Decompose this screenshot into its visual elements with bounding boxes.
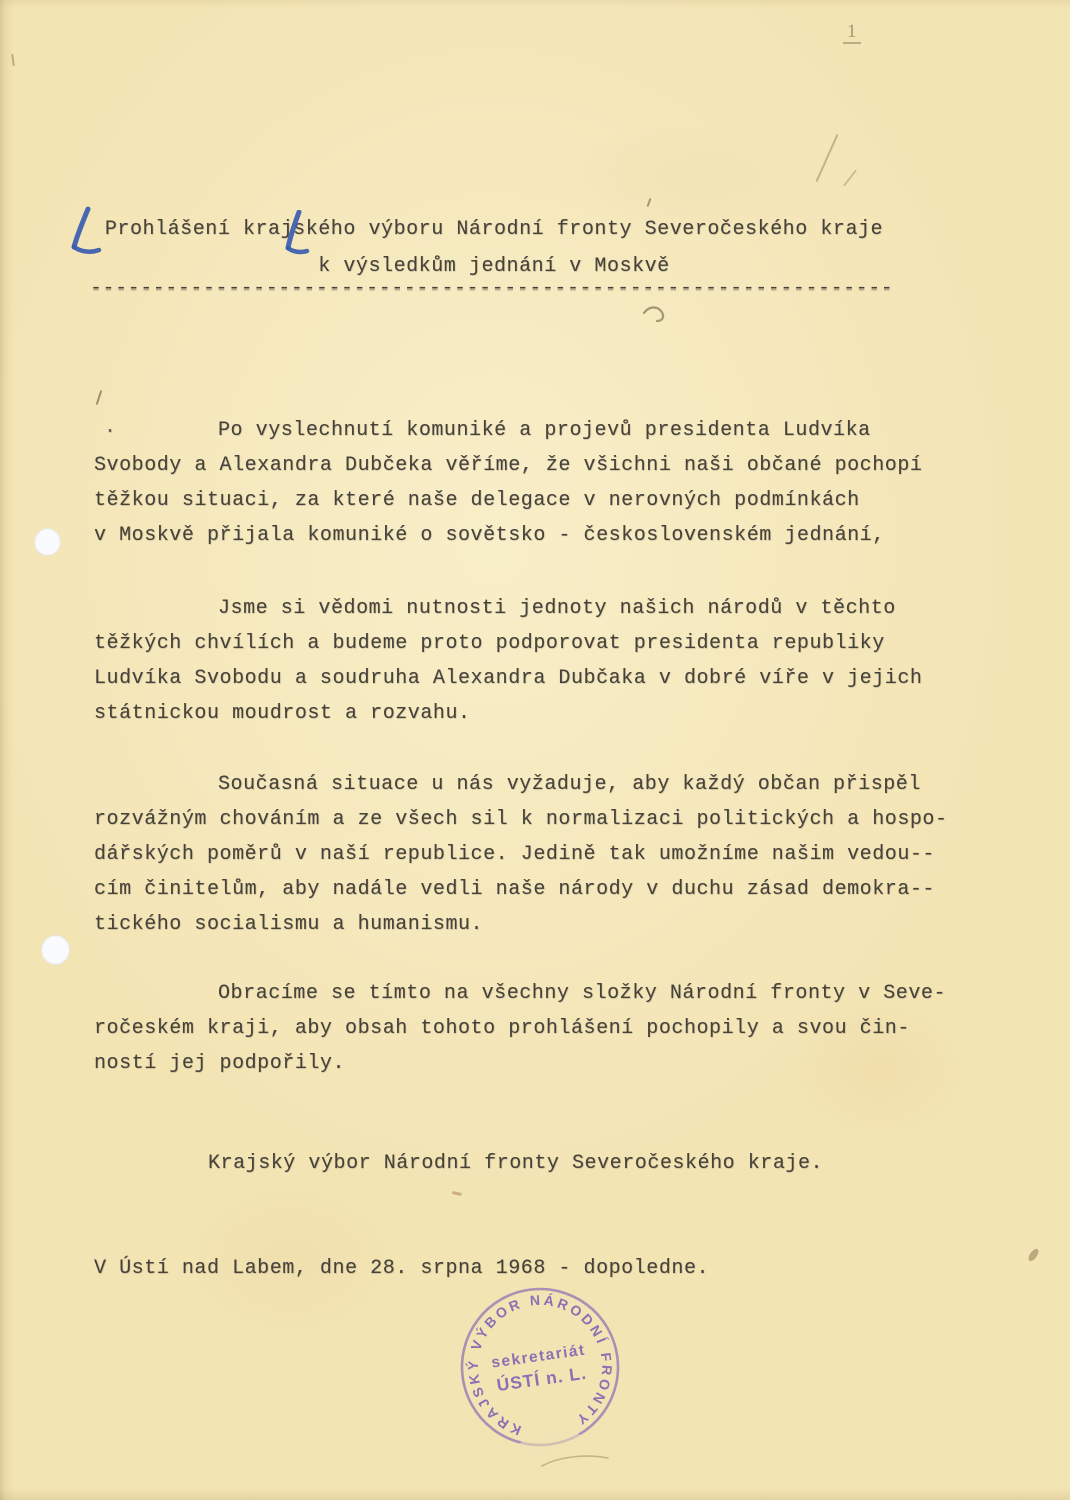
text-line: těžkou situaci, za které naše delegace v… bbox=[94, 483, 994, 518]
paper-speck bbox=[452, 1191, 462, 1196]
scanned-document-page: Prohlášení krajského výboru Národní fron… bbox=[0, 0, 1070, 1500]
text-line: ročeském kraji, aby obsah tohoto prohláš… bbox=[94, 1011, 994, 1046]
text-line: cím činitelům, aby nadále vedli naše nár… bbox=[94, 872, 994, 907]
title-line-1: Prohlášení krajského výboru Národní fron… bbox=[88, 211, 900, 248]
text-line: ností jej podpořily. bbox=[94, 1046, 994, 1081]
text-line: tického socialismu a humanismu. bbox=[94, 907, 994, 942]
signature-line: Krajský výbor Národní fronty Severočeské… bbox=[208, 1146, 823, 1181]
text-line: Ludvíka Svobodu a soudruha Alexandra Dub… bbox=[94, 661, 994, 696]
paper-crease bbox=[816, 134, 839, 182]
paragraph-4: Obracíme se tímto na všechny složky Náro… bbox=[94, 976, 994, 1081]
text-line: Obracíme se tímto na všechny složky Náro… bbox=[94, 976, 994, 1011]
text-line: dářských poměrů v naší republice. Jedině… bbox=[94, 837, 994, 872]
paper-hole bbox=[34, 528, 61, 556]
pen-scratch bbox=[647, 198, 652, 207]
paper-speck bbox=[1027, 1247, 1041, 1262]
stray-typed-dot: . bbox=[104, 410, 117, 445]
handwritten-correction-mark-icon bbox=[281, 210, 319, 258]
paragraph-2: Jsme si vědomi nutnosti jednoty našich n… bbox=[94, 591, 994, 731]
paper-hole bbox=[41, 935, 70, 965]
text-line: Současná situace u nás vyžaduje, aby kaž… bbox=[94, 767, 994, 802]
pencil-page-note: 1 bbox=[843, 22, 861, 44]
text-line: těžkých chvílích a budeme proto podporov… bbox=[94, 626, 994, 661]
pen-scratch bbox=[96, 390, 103, 405]
paragraph-3: Současná situace u nás vyžaduje, aby kaž… bbox=[94, 767, 994, 942]
text-line: státnickou moudrost a rozvahu. bbox=[94, 696, 994, 731]
handwritten-correction-mark-icon bbox=[68, 206, 110, 258]
paper-crease bbox=[843, 170, 857, 187]
paper-speck bbox=[11, 54, 15, 66]
text-line: rozvážným chováním a ze všech sil k norm… bbox=[94, 802, 994, 837]
text-line: Svobody a Alexandra Dubčeka věříme, že v… bbox=[94, 448, 994, 483]
text-line: Po vyslechnutí komuniké a projevů presid… bbox=[94, 413, 994, 448]
divider-rule: ----------------------------------------… bbox=[90, 271, 940, 306]
text-line: Jsme si vědomi nutnosti jednoty našich n… bbox=[94, 591, 994, 626]
ink-squiggle bbox=[642, 304, 668, 324]
text-line: v Moskvě přijala komuniké o sovětsko - č… bbox=[94, 518, 994, 553]
stamp-fade bbox=[516, 1429, 586, 1458]
official-stamp: KRAJSKÝ VÝBOR NÁRODNÍ FRONTY sekretariát… bbox=[433, 1260, 648, 1475]
paragraph-1: Po vyslechnutí komuniké a projevů presid… bbox=[94, 413, 994, 553]
